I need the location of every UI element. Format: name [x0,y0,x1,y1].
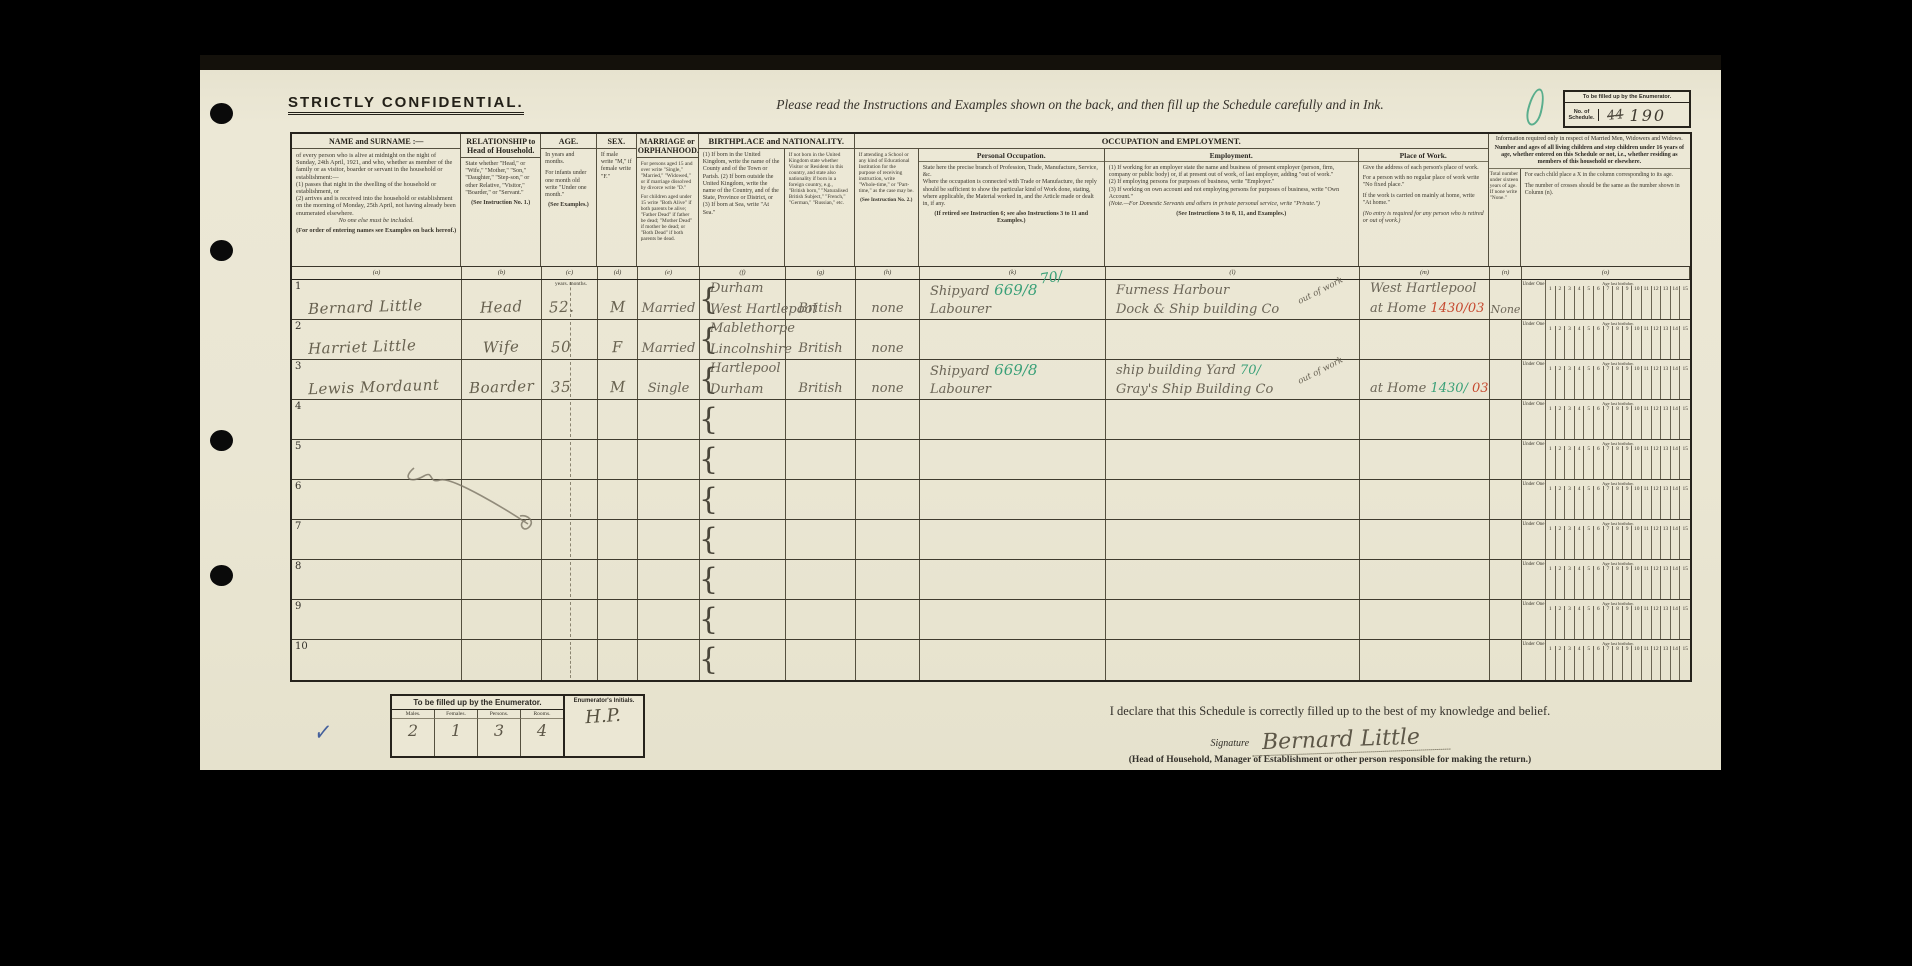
cell-sex [598,520,638,559]
age-column-cell [1652,333,1662,359]
column-letter: (o) [1522,267,1690,279]
age-column-number: 15 [1680,286,1690,293]
age-column-cell [1661,293,1671,319]
age-column-number: 15 [1680,566,1690,573]
age-column-cell [1546,573,1556,599]
cell-education [856,400,920,439]
cell-education [856,520,920,559]
age-column-cell [1575,373,1585,399]
age-column-number: 7 [1604,326,1614,333]
age-column-cell [1546,453,1556,479]
cell-relationship [462,640,542,680]
cell-education: none [856,360,920,399]
age-column-number: 14 [1671,526,1681,533]
age-column-cell [1613,613,1623,639]
age-column-number: 14 [1671,486,1681,493]
col-header-birthplace: (1) If born in the United Kingdom, write… [699,149,785,266]
cell-place-of-work [1360,480,1490,519]
age-column-number: 11 [1642,486,1652,493]
cell-employer [1106,480,1360,519]
cell-education [856,440,920,479]
age-column-cell [1604,653,1614,680]
cell-marriage: Married [638,320,700,359]
cell-birthplace: { [700,560,786,599]
age-column-cell [1556,493,1566,519]
females-label: Females. [435,710,478,719]
age-column-number: 15 [1680,446,1690,453]
age-column-cell [1671,533,1681,559]
cell-relationship [462,480,542,519]
age-column-number: 3 [1565,326,1575,333]
age-column-cell [1604,613,1614,639]
cell-children-age-grid: Under OneAge last birthday.1234567891011… [1522,280,1690,319]
age-column-number: 13 [1661,446,1671,453]
age-column-number: 12 [1652,326,1662,333]
age-column-cell [1556,573,1566,599]
age-column-cell [1594,573,1604,599]
age-column-cell [1556,413,1566,439]
age-column-number: 13 [1661,486,1671,493]
table-row: 3Lewis MordauntBoarder35MSingle{Hartlepo… [292,360,1690,400]
age-column-number: 12 [1652,526,1662,533]
age-column-cell [1632,333,1642,359]
age-column-number: 6 [1594,406,1604,413]
cell-age [542,520,598,559]
brace-glyph: { [699,282,718,318]
declaration-text: I declare that this Schedule is correctl… [980,704,1680,719]
females-value: 1 [435,719,478,756]
col-header-age: AGE. In years and months. For infants un… [541,134,597,266]
age-column-number: 14 [1671,446,1681,453]
cell-nationality [786,440,856,479]
cell-total-children [1490,440,1522,479]
age-column-number: 10 [1632,326,1642,333]
age-column-number: 14 [1671,286,1681,293]
cell-name: 4 [292,400,462,439]
age-column-cell [1546,493,1556,519]
cell-relationship [462,520,542,559]
age-column-cell [1584,493,1594,519]
column-letter-row: (a)(b)(c)(d)(e)(f)(g)(h)(k)(l)(m)(n)(o) [292,267,1690,280]
age-column-number: 8 [1613,606,1623,613]
cell-children-age-grid: Under OneAge last birthday.1234567891011… [1522,560,1690,599]
age-column-number: 4 [1575,526,1585,533]
cell-birthplace: { [700,640,786,680]
age-column-cell [1623,373,1633,399]
age-column-cell [1652,453,1662,479]
age-column-number: 13 [1661,366,1671,373]
row-number: 2 [295,321,301,332]
age-column-number: 3 [1565,286,1575,293]
age-column-cell [1546,533,1556,559]
cell-marriage: Single [638,360,700,399]
cell-age: 50 [542,320,598,359]
age-column-number: 6 [1594,646,1604,653]
cell-marriage: Married [638,280,700,319]
cell-children-age-grid: Under OneAge last birthday.1234567891011… [1522,640,1690,680]
age-column-cell [1623,493,1633,519]
cell-employer [1106,520,1360,559]
age-column-number: 11 [1642,526,1652,533]
age-column-number: 13 [1661,566,1671,573]
age-column-cell [1604,333,1614,359]
age-column-cell [1594,293,1604,319]
enumerator-initials-value: H.P. [563,703,644,758]
age-column-cell [1546,413,1556,439]
cell-marriage [638,400,700,439]
age-column-number: 2 [1556,446,1566,453]
row-number: 5 [295,441,301,452]
age-column-number: 14 [1671,366,1681,373]
age-column-number: 9 [1623,326,1633,333]
age-column-cell [1565,573,1575,599]
cell-education: none [856,320,920,359]
cell-relationship: Head [462,280,542,319]
age-column-cell [1680,413,1690,439]
age-column-number: 8 [1613,366,1623,373]
age-column-cell [1594,333,1604,359]
column-letter: (d) [598,267,638,279]
cell-birthplace: { [700,440,786,479]
age-column-cell [1671,293,1681,319]
age-column-number: 2 [1556,526,1566,533]
age-column-number: 15 [1680,606,1690,613]
schedule-number-value: 190 [1630,106,1667,125]
age-column-number: 10 [1632,486,1642,493]
cell-employer [1106,600,1360,639]
column-letter: (l) [1106,267,1360,279]
row-number: 6 [295,481,301,492]
cell-name: 2Harriet Little [292,320,462,359]
under-one-label: Under One [1522,320,1546,359]
cell-total-children [1490,480,1522,519]
occupation-code-green: 669/8 [989,361,1037,379]
age-column-cell [1652,533,1662,559]
cell-total-children [1490,600,1522,639]
cell-employer [1106,400,1360,439]
age-column-number: 6 [1594,486,1604,493]
age-column-number: 6 [1594,606,1604,613]
schedule-box-title: To be filled up by the Enumerator. [1565,92,1689,103]
age-column-number: 9 [1623,606,1633,613]
age-column-number: 10 [1632,526,1642,533]
under-one-label: Under One [1522,360,1546,399]
cell-marriage [638,520,700,559]
age-column-number: 7 [1604,446,1614,453]
persons-value: 3 [478,719,521,756]
age-column-cell [1584,333,1594,359]
column-letter: (e) [638,267,700,279]
cell-name: 8 [292,560,462,599]
age-column-number: 12 [1652,286,1662,293]
age-column-cell [1575,453,1585,479]
age-column-number: 2 [1556,566,1566,573]
cell-age [542,560,598,599]
group-header-birthplace: BIRTHPLACE and NATIONALITY. (1) If born … [699,134,855,266]
age-column-number: 2 [1556,486,1566,493]
table-body: 1Bernard LittleHead52.MMarried{DurhamWes… [292,280,1690,680]
cell-birthplace: { [700,520,786,559]
age-column-number: 10 [1632,566,1642,573]
age-column-number: 2 [1556,606,1566,613]
age-column-number: 15 [1680,366,1690,373]
table-row: 2Harriet LittleWife50FMarried{Mablethorp… [292,320,1690,360]
cell-nationality: British [786,320,856,359]
age-column-number: 5 [1584,326,1594,333]
age-column-number: 11 [1642,606,1652,613]
declaration-subtext: (Head of Household, Manager of Establish… [980,755,1680,765]
age-column-number: 2 [1556,406,1566,413]
under-one-label: Under One [1522,640,1546,680]
age-column-number: 1 [1546,486,1556,493]
age-column-cell [1556,373,1566,399]
age-column-number: 10 [1632,606,1642,613]
age-column-cell [1556,653,1566,680]
age-column-number: 9 [1623,286,1633,293]
age-column-number: 1 [1546,286,1556,293]
cell-place-of-work [1360,400,1490,439]
cell-nationality [786,520,856,559]
cell-nationality [786,400,856,439]
brace-glyph: { [699,362,718,398]
schedule-number-box: To be filled up by the Enumerator. No. o… [1563,90,1691,128]
row-number: 7 [295,521,301,532]
age-column-cell [1632,573,1642,599]
age-column-number: 9 [1623,446,1633,453]
row-number: 9 [295,601,301,612]
enumerator-box: To be filled up by the Enumerator. Males… [390,694,645,758]
age-column-number: 9 [1623,566,1633,573]
age-column-cell [1613,333,1623,359]
age-column-cell [1671,333,1681,359]
age-column-cell [1584,413,1594,439]
row-number: 1 [295,281,301,292]
cell-birthplace: { [700,600,786,639]
age-column-cell [1613,293,1623,319]
age-column-cell [1565,293,1575,319]
age-column-number: 5 [1584,446,1594,453]
blue-checkmark: ✓ [312,717,333,750]
age-column-number: 7 [1604,646,1614,653]
cell-place-of-work: at Home 1430/ 03 [1360,360,1490,399]
age-column-cell [1556,293,1566,319]
cell-place-of-work [1360,560,1490,599]
age-column-cell [1642,373,1652,399]
age-column-number: 8 [1613,486,1623,493]
age-column-cell [1546,333,1556,359]
age-column-cell [1671,373,1681,399]
cell-relationship [462,560,542,599]
cell-place-of-work: West Hartlepoolat Home 1430/03 [1360,280,1490,319]
age-column-number: 1 [1546,526,1556,533]
age-column-number: 6 [1594,526,1604,533]
age-column-cell [1680,293,1690,319]
row-number: 8 [295,561,301,572]
age-column-number: 14 [1671,606,1681,613]
under-one-label: Under One [1522,480,1546,519]
under-one-label: Under One [1522,560,1546,599]
cell-total-children: None [1490,280,1522,319]
cell-nationality: British [786,360,856,399]
age-column-number: 5 [1584,526,1594,533]
cell-marriage [638,480,700,519]
cell-age [542,440,598,479]
age-column-number: 3 [1565,486,1575,493]
age-column-number: 11 [1642,446,1652,453]
age-column-cell [1613,653,1623,680]
crossed-out-number: 44 [1606,107,1624,124]
cell-birthplace: {MablethorpeLincolnshire [700,320,786,359]
age-column-cell [1680,333,1690,359]
age-column-cell [1575,493,1585,519]
cell-total-children [1490,400,1522,439]
age-column-number: 5 [1584,286,1594,293]
age-column-number: 4 [1575,606,1585,613]
age-column-cell [1565,373,1575,399]
age-column-number: 13 [1661,606,1671,613]
table-row: 8{Under OneAge last birthday.12345678910… [292,560,1690,600]
age-column-cell [1623,333,1633,359]
age-column-cell [1652,373,1662,399]
age-column-cell [1680,573,1690,599]
age-column-cell [1642,413,1652,439]
age-column-number: 13 [1661,406,1671,413]
cell-age [542,640,598,680]
age-column-cell [1632,373,1642,399]
age-column-cell [1556,533,1566,559]
persons-label: Persons. [478,710,521,719]
col-header-place-of-work: Place of Work. Give the address of each … [1359,149,1488,266]
age-column-number: 11 [1642,566,1652,573]
age-column-cell [1652,293,1662,319]
cell-sex [598,400,638,439]
cell-children-age-grid: Under OneAge last birthday.1234567891011… [1522,360,1690,399]
cell-place-of-work [1360,640,1490,680]
age-column-number: 7 [1604,526,1614,533]
age-column-cell [1594,533,1604,559]
cell-children-age-grid: Under OneAge last birthday.1234567891011… [1522,520,1690,559]
age-column-number: 12 [1652,606,1662,613]
age-column-cell [1604,373,1614,399]
table-row: 5{Under OneAge last birthday.12345678910… [292,440,1690,480]
age-column-number: 10 [1632,286,1642,293]
age-column-cell [1565,413,1575,439]
table-row: 9{Under OneAge last birthday.12345678910… [292,600,1690,640]
cell-birthplace: { [700,480,786,519]
cell-sex [598,560,638,599]
age-column-cell [1594,613,1604,639]
age-column-cell [1613,493,1623,519]
age-column-number: 7 [1604,606,1614,613]
age-column-cell [1652,413,1662,439]
age-column-number: 12 [1652,646,1662,653]
age-column-number: 4 [1575,326,1585,333]
cell-occupation [920,480,1106,519]
age-column-cell [1680,533,1690,559]
cell-nationality [786,600,856,639]
cell-name: 10 [292,640,462,680]
cell-sex: M [598,280,638,319]
age-column-number: 14 [1671,406,1681,413]
cell-age [542,600,598,639]
cell-relationship [462,400,542,439]
brace-glyph: { [699,322,718,358]
age-column-cell [1565,333,1575,359]
cell-employer [1106,440,1360,479]
column-letter: (n) [1490,267,1522,279]
col-header-relationship: RELATIONSHIP to Head of Household. State… [461,134,541,266]
age-column-number: 15 [1680,406,1690,413]
page-title: STRICTLY CONFIDENTIAL. [288,94,524,115]
age-column-cell [1584,653,1594,680]
age-column-cell [1604,413,1614,439]
age-column-cell [1575,333,1585,359]
col-header-education: If attending a School or any kind of Edu… [855,149,919,266]
under-one-label: Under One [1522,440,1546,479]
age-column-cell [1565,653,1575,680]
age-column-number: 4 [1575,446,1585,453]
age-column-cell [1584,613,1594,639]
age-column-number: 1 [1546,606,1556,613]
brace-glyph: { [699,442,718,478]
age-column-number: 11 [1642,286,1652,293]
age-column-cell [1613,573,1623,599]
age-column-cell [1565,493,1575,519]
age-column-number: 12 [1652,566,1662,573]
age-column-cell [1661,653,1671,680]
cell-education [856,600,920,639]
age-column-number: 1 [1546,646,1556,653]
years-months-label: years. months. [544,281,598,287]
age-column-cell [1613,373,1623,399]
cell-age [542,400,598,439]
age-column-number: 14 [1671,566,1681,573]
age-column-cell [1680,453,1690,479]
age-column-cell [1642,653,1652,680]
cell-employer [1106,640,1360,680]
cell-age [542,480,598,519]
age-column-cell [1546,293,1556,319]
cell-education [856,480,920,519]
cell-sex: F [598,320,638,359]
age-column-number: 3 [1565,446,1575,453]
cell-children-age-grid: Under OneAge last birthday.1234567891011… [1522,320,1690,359]
age-column-number: 1 [1546,566,1556,573]
col-header-name: NAME and SURNAME :— of every person who … [292,134,461,266]
column-letter: (m) [1360,267,1490,279]
age-column-cell [1671,493,1681,519]
age-column-cell [1623,573,1633,599]
age-column-cell [1671,653,1681,680]
table-row: 4{Under OneAge last birthday.12345678910… [292,400,1690,440]
cell-sex [598,640,638,680]
age-column-cell [1642,613,1652,639]
age-column-number: 9 [1623,486,1633,493]
cell-occupation [920,640,1106,680]
age-column-cell [1546,613,1556,639]
cell-employer [1106,320,1360,359]
age-column-number: 1 [1546,406,1556,413]
age-column-cell [1680,493,1690,519]
age-column-cell [1632,293,1642,319]
age-column-cell [1623,613,1633,639]
age-column-number: 11 [1642,646,1652,653]
age-column-cell [1642,533,1652,559]
cell-place-of-work [1360,440,1490,479]
col-header-nationality: If not born in the United Kingdom state … [785,149,854,266]
age-column-number: 6 [1594,446,1604,453]
cell-nationality: British [786,280,856,319]
